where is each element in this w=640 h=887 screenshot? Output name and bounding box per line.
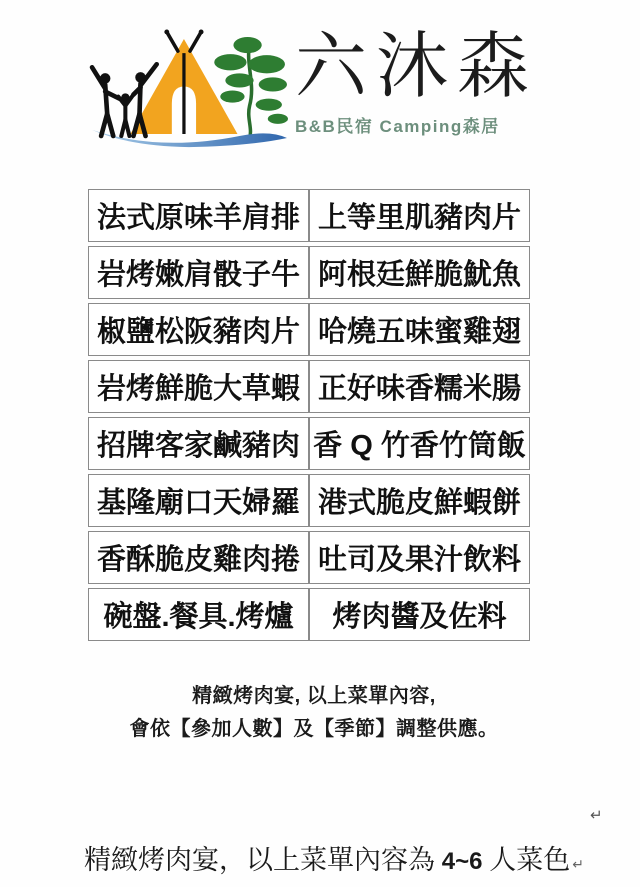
menu-cell: 法式原味羊肩排 xyxy=(89,190,309,241)
menu-cell: 香酥脆皮雞肉捲 xyxy=(89,532,309,583)
menu-cell: 吐司及果汁飲料 xyxy=(309,532,529,583)
menu-cell: 基隆廟口天婦羅 xyxy=(89,475,309,526)
menu-cell: 阿根廷鮮脆魷魚 xyxy=(309,247,529,298)
brand-subtitle: B&B民宿 Camping森居 xyxy=(295,112,545,137)
menu-row: 岩烤鮮脆大草蝦 正好味香糯米腸 xyxy=(88,360,530,413)
menu-row: 岩烤嫩肩骰子牛 阿根廷鮮脆魷魚 xyxy=(88,246,530,299)
menu-cell: 港式脆皮鮮蝦餅 xyxy=(309,475,529,526)
menu-document-page: 六沐森 B&B民宿 Camping森居 法式原味羊肩排 上等里肌豬肉片 岩烤嫩肩… xyxy=(0,0,640,887)
menu-row: 法式原味羊肩排 上等里肌豬肉片 xyxy=(88,189,530,242)
menu-cell: 上等里肌豬肉片 xyxy=(309,190,529,241)
menu-row: 香酥脆皮雞肉捲 吐司及果汁飲料 xyxy=(88,531,530,584)
menu-cell: 哈燒五味蜜雞翅 xyxy=(309,304,529,355)
teepee-tent-icon xyxy=(130,30,237,134)
menu-row: 椒鹽松阪豬肉片 哈燒五味蜜雞翅 xyxy=(88,303,530,356)
menu-cell: 香 Q 竹香竹筒飯 xyxy=(309,418,529,469)
menu-cell: 招牌客家鹹豬肉 xyxy=(89,418,309,469)
note-line-1: 精緻烤肉宴, 以上菜單內容, xyxy=(0,679,628,708)
menu-row: 招牌客家鹹豬肉 香 Q 竹香竹筒飯 xyxy=(88,417,530,470)
brand-title: 六沐森 xyxy=(295,26,545,108)
brand-block: 六沐森 B&B民宿 Camping森居 xyxy=(295,26,545,137)
campsite-logo-illustration xyxy=(88,24,290,152)
footer-text-prefix: 精緻烤肉宴，以上菜單內容為 xyxy=(84,845,442,875)
footer-guest-range: 4~6 xyxy=(442,848,483,875)
line-return-icon: ↵ xyxy=(572,856,584,872)
menu-cell: 椒鹽松阪豬肉片 xyxy=(89,304,309,355)
menu-cell: 岩烤嫩肩骰子牛 xyxy=(89,247,309,298)
note-line-2: 會依【參加人數】及【季節】調整供應。 xyxy=(0,712,628,741)
footer-text: 精緻烤肉宴，以上菜單內容為 4~6 人菜色↵ xyxy=(84,838,624,877)
menu-cell: 岩烤鮮脆大草蝦 xyxy=(89,361,309,412)
menu-cell: 碗盤.餐具.烤爐 xyxy=(89,589,309,640)
menu-cell: 烤肉醬及佐料 xyxy=(309,589,529,640)
menu-row: 基隆廟口天婦羅 港式脆皮鮮蝦餅 xyxy=(88,474,530,527)
footer-text-suffix: 人菜色 xyxy=(482,845,570,875)
menu-cell: 正好味香糯米腸 xyxy=(309,361,529,412)
menu-table: 法式原味羊肩排 上等里肌豬肉片 岩烤嫩肩骰子牛 阿根廷鮮脆魷魚 椒鹽松阪豬肉片 … xyxy=(88,189,530,645)
paragraph-return-icon: ↵ xyxy=(590,806,603,824)
menu-row: 碗盤.餐具.烤爐 烤肉醬及佐料 xyxy=(88,588,530,641)
